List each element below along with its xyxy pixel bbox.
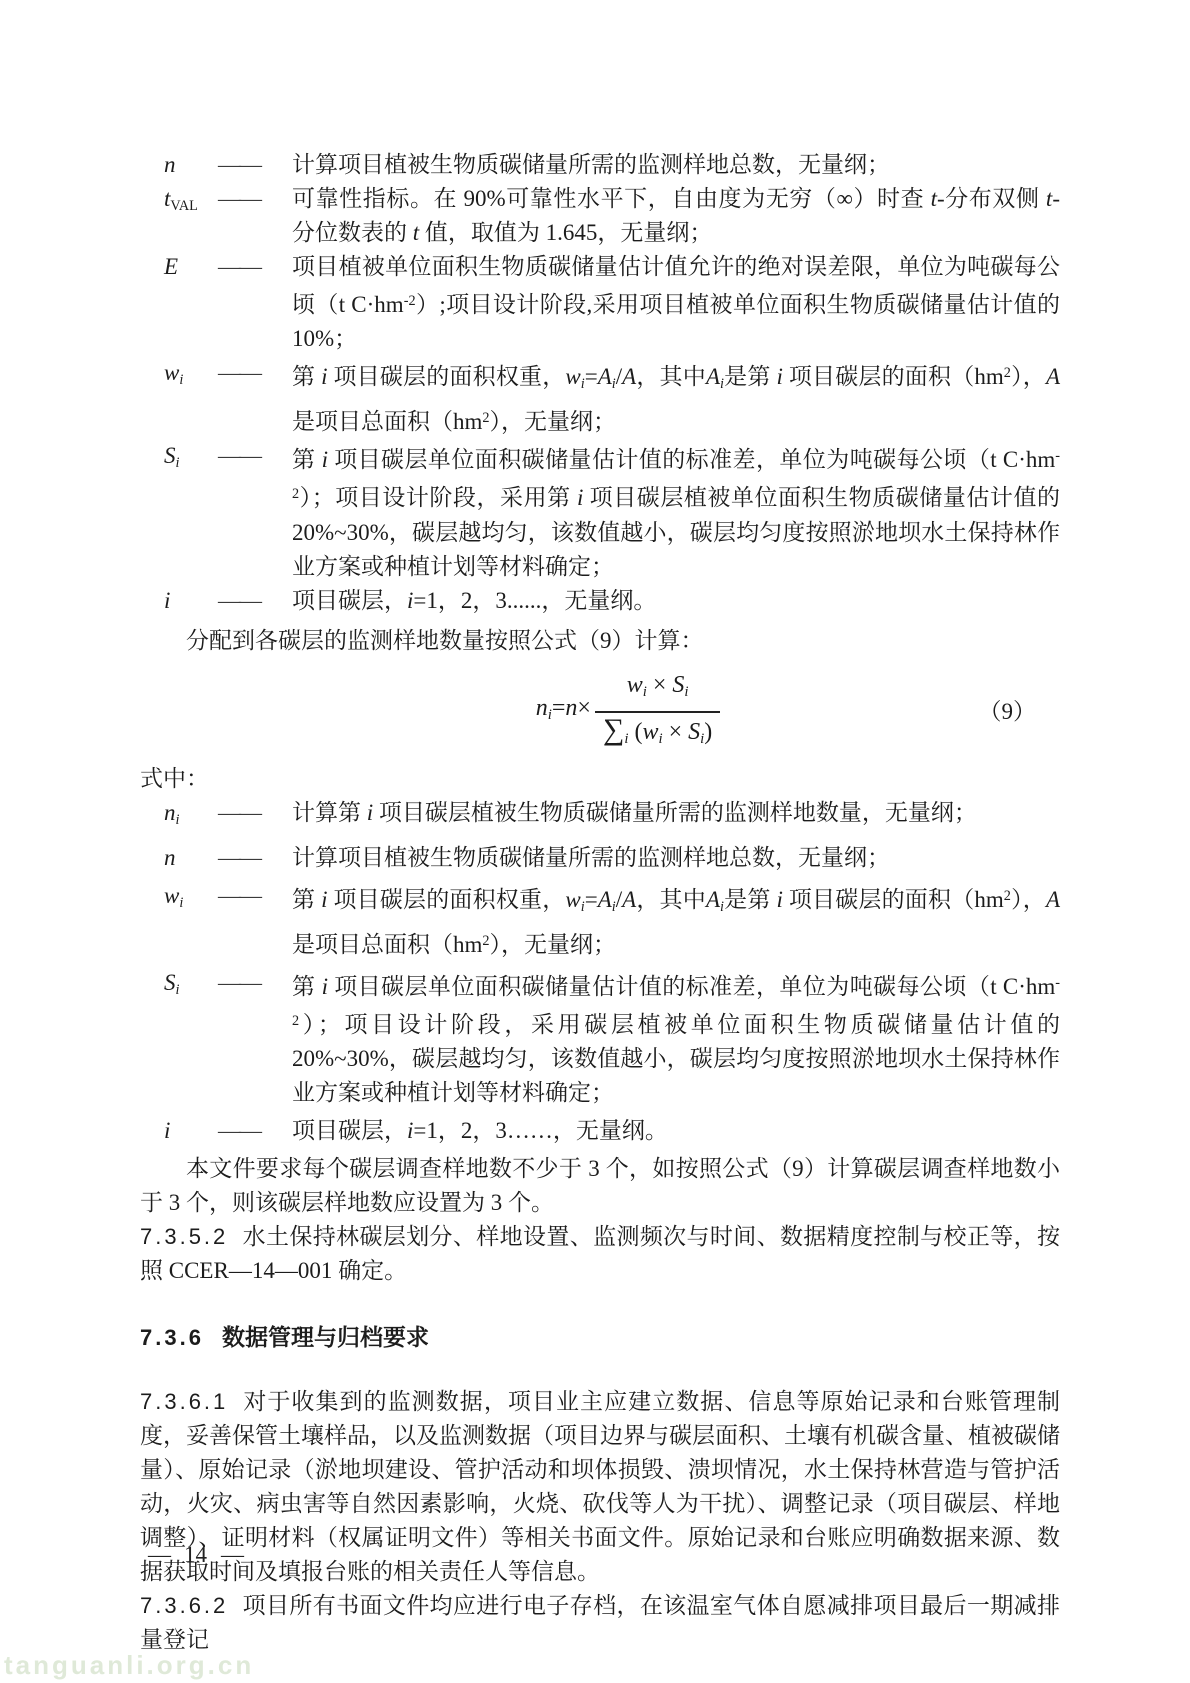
definition-dash: —— [218,841,292,875]
definition-symbol: n [140,148,218,182]
clause-7-3-6-1: 7.3.6.1对于收集到的监测数据，项目业主应建立数据、信息等原始记录和台账管理… [140,1385,1060,1589]
document-page: n —— 计算项目植被生物质碳储量所需的监测样地总数，无量纲； tVAL —— … [0,0,1190,1683]
definition-dash: —— [218,148,292,182]
definition-row: tVAL —— 可靠性指标。在 90%可靠性水平下，自由度为无穷（∞）时查 t-… [140,182,1060,250]
equation-number: （9） [979,695,1037,729]
section-heading-7-3-6: 7.3.6数据管理与归档要求 [140,1320,1060,1355]
equation-9-block: ni=n× wi × Si ∑i (wi × Si) （9） [140,668,1060,756]
definition-dash: —— [218,879,292,913]
page-content: n —— 计算项目植被生物质碳储量所需的监测样地总数，无量纲； tVAL —— … [140,148,1060,1657]
definition-row: ni —— 计算第 i 项目碳层植被生物质碳储量所需的监测样地数量，无量纲； [140,796,1060,837]
definition-text: 项目碳层，i=1，2，3......，无量纲。 [292,584,1060,618]
definition-row: Si —— 第 i 项目碳层单位面积碳储量估计值的标准差，单位为吨碳每公顷（t … [140,439,1060,583]
fraction-denominator: ∑i (wi × Si) [595,713,720,756]
definition-symbol: i [140,1114,218,1148]
clause-number: 7.3.5.2 [140,1224,228,1249]
definition-dash: —— [218,182,292,216]
clause-7-3-5-2: 7.3.5.2水土保持林碳层划分、样地设置、监测频次与时间、数据精度控制与校正等… [140,1220,1060,1288]
definition-text: 项目植被单位面积生物质碳储量估计值允许的绝对误差限，单位为吨碳每公顷（t C·h… [292,250,1060,356]
definition-symbol: tVAL [140,182,218,223]
definition-symbol: Si [140,439,218,480]
definition-row: n —— 计算项目植被生物质碳储量所需的监测样地总数，无量纲； [140,148,1060,182]
heading-number: 7.3.6 [140,1325,204,1350]
paragraph-allocate-plots: 分配到各碳层的监测样地数量按照公式（9）计算： [140,624,1060,658]
clause-7-3-6-2: 7.3.6.2项目所有书面文件均应进行电子存档，在该温室气体自愿减排项目最后一期… [140,1589,1060,1657]
definition-symbol: E [140,250,218,284]
definition-text: 计算项目植被生物质碳储量所需的监测样地总数，无量纲； [292,148,1060,182]
clause-number: 7.3.6.2 [140,1593,228,1618]
paragraph-minimum-plots: 本文件要求每个碳层调查样地数不少于 3 个，如按照公式（9）计算碳层调查样地数小… [140,1152,1060,1220]
definition-symbol: i [140,584,218,618]
where-label: 式中： [140,762,1060,796]
definition-row: i —— 项目碳层，i=1，2，3……，无量纲。 [140,1114,1060,1148]
definition-symbol: wi [140,356,218,397]
definition-row: wi —— 第 i 项目碳层的面积权重，wi=Ai/A，其中Ai是第 i 项目碳… [140,879,1060,962]
symbol-definition-list-bottom: ni —— 计算第 i 项目碳层植被生物质碳储量所需的监测样地数量，无量纲； n… [140,796,1060,1148]
definition-dash: —— [218,250,292,284]
heading-title: 数据管理与归档要求 [222,1324,429,1350]
definition-dash: —— [218,584,292,618]
definition-text: 项目碳层，i=1，2，3……，无量纲。 [292,1114,1060,1148]
clause-text: 水土保持林碳层划分、样地设置、监测频次与时间、数据精度控制与校正等，按照 CCE… [140,1224,1060,1283]
page-number: 14 [184,1542,207,1567]
equation-lhs: ni=n× [536,691,591,732]
definition-text: 计算项目植被生物质碳储量所需的监测样地总数，无量纲； [292,841,1060,875]
definition-symbol: n [140,841,218,875]
definition-dash: —— [218,796,292,830]
definition-row: E —— 项目植被单位面积生物质碳储量估计值允许的绝对误差限，单位为吨碳每公顷（… [140,250,1060,356]
definition-symbol: ni [140,796,218,837]
definition-symbol: wi [140,879,218,920]
definition-row: n —— 计算项目植被生物质碳储量所需的监测样地总数，无量纲； [140,841,1060,875]
definition-row: i —— 项目碳层，i=1，2，3......，无量纲。 [140,584,1060,618]
footer-dash-right: — [221,1542,243,1567]
definition-dash: —— [218,1114,292,1148]
definition-text: 计算第 i 项目碳层植被生物质碳储量所需的监测样地数量，无量纲； [292,796,1060,830]
definition-symbol: Si [140,966,218,1007]
equation-9: ni=n× wi × Si ∑i (wi × Si) [536,668,721,756]
definition-text: 第 i 项目碳层单位面积碳储量估计值的标准差，单位为吨碳每公顷（t C·hm-2… [292,966,1060,1110]
definition-dash: —— [218,356,292,390]
equation-fraction: wi × Si ∑i (wi × Si) [595,668,720,756]
watermark-text: tanguanli.org.cn [4,1648,254,1682]
definition-row: Si —— 第 i 项目碳层单位面积碳储量估计值的标准差，单位为吨碳每公顷（t … [140,966,1060,1110]
symbol-definition-list-top: n —— 计算项目植被生物质碳储量所需的监测样地总数，无量纲； tVAL —— … [140,148,1060,618]
definition-text: 第 i 项目碳层的面积权重，wi=Ai/A，其中Ai是第 i 项目碳层的面积（h… [292,356,1060,439]
definition-text: 第 i 项目碳层的面积权重，wi=Ai/A，其中Ai是第 i 项目碳层的面积（h… [292,879,1060,962]
clause-number: 7.3.6.1 [140,1389,228,1414]
definition-row: wi —— 第 i 项目碳层的面积权重，wi=Ai/A，其中Ai是第 i 项目碳… [140,356,1060,439]
footer-dash-left: — [148,1542,170,1567]
clause-text: 项目所有书面文件均应进行电子存档，在该温室气体自愿减排项目最后一期减排量登记 [140,1593,1060,1652]
definition-dash: —— [218,966,292,1000]
clause-text: 对于收集到的监测数据，项目业主应建立数据、信息等原始记录和台账管理制度，妥善保管… [140,1389,1060,1584]
fraction-numerator: wi × Si [619,668,697,711]
definition-text: 第 i 项目碳层单位面积碳储量估计值的标准差，单位为吨碳每公顷（t C·hm-2… [292,439,1060,583]
definition-dash: —— [218,439,292,473]
definition-text: 可靠性指标。在 90%可靠性水平下，自由度为无穷（∞）时查 t-分布双侧 t-分… [292,182,1060,250]
page-footer: —14— [148,1538,257,1572]
